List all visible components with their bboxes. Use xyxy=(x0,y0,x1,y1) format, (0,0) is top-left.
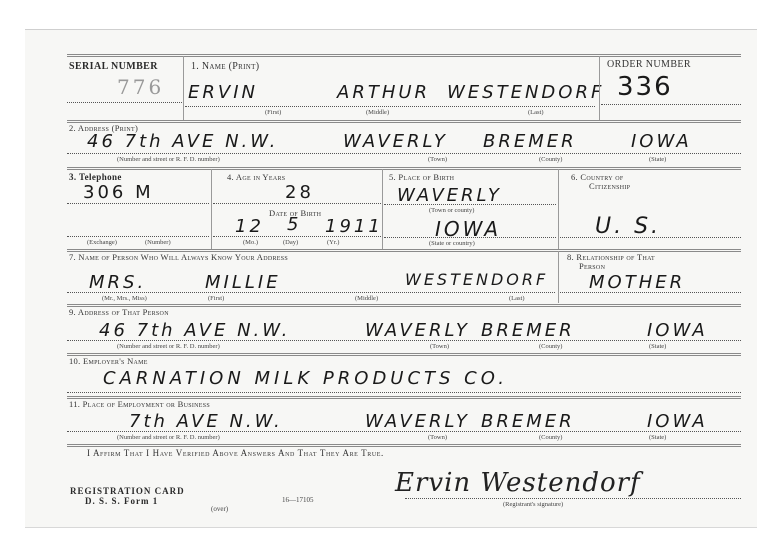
section-rule xyxy=(67,167,741,170)
divider xyxy=(211,169,212,249)
employment-town-value: WAVERLY xyxy=(365,411,470,432)
divider xyxy=(183,56,184,120)
birthplace-state-caption: (State or country) xyxy=(429,240,475,247)
signature-caption: (Registrant's signature) xyxy=(503,501,563,508)
name-label: 1. Name (Print) xyxy=(191,61,259,72)
citizenship-value: U. S. xyxy=(595,214,661,239)
employment-county-value: BREMER xyxy=(481,411,575,432)
registrant-signature: Ervin Westendorf xyxy=(395,468,641,498)
contact-address-label: 9. Address of That Person xyxy=(69,307,169,317)
employment-place-label: 11. Place of Employment or Business xyxy=(69,399,210,409)
employment-line xyxy=(67,431,741,432)
address-county-caption: (County) xyxy=(539,156,562,163)
telephone-line-2 xyxy=(67,236,209,237)
middle-name-value: ARTHUR xyxy=(337,82,430,103)
citizenship-label-line2: Citizenship xyxy=(589,181,630,191)
contact-address-county-caption: (County) xyxy=(539,343,562,350)
order-number-line xyxy=(601,104,741,105)
contact-first-caption: (First) xyxy=(208,295,224,302)
relationship-value: MOTHER xyxy=(589,272,685,293)
address-town-caption: (Town) xyxy=(428,156,447,163)
contact-last-caption: (Last) xyxy=(509,295,525,302)
employment-town-caption: (Town) xyxy=(428,434,447,441)
employment-state-caption: (State) xyxy=(649,434,666,441)
form-title: REGISTRATION CARD xyxy=(70,486,185,496)
affirmation-text: I Affirm That I Have Verified Above Answ… xyxy=(87,448,384,458)
address-street-value: 46 7th AVE N.W. xyxy=(87,131,278,152)
dob-year-caption: (Yr.) xyxy=(327,239,339,246)
name-middle-caption: (Middle) xyxy=(366,109,389,116)
employment-county-caption: (County) xyxy=(539,434,562,441)
contact-address-town-caption: (Town) xyxy=(430,343,449,350)
signature-line xyxy=(405,498,741,499)
print-code: 16—17105 xyxy=(282,496,314,504)
citizenship-line xyxy=(560,237,741,238)
birthplace-town-value: WAVERLY xyxy=(397,185,502,206)
contact-last-value: WESTENDORF xyxy=(405,270,548,289)
dob-month-value: 12 xyxy=(235,216,264,237)
section-rule xyxy=(67,353,741,356)
divider xyxy=(558,251,559,303)
contact-title-caption: (Mr., Mrs., Miss) xyxy=(102,295,147,302)
birthplace-state-line xyxy=(384,237,556,238)
age-line xyxy=(213,203,381,204)
contact-address-street-caption: (Number and street or R. F. D. number) xyxy=(117,343,220,350)
contact-address-line xyxy=(67,340,741,341)
section-rule xyxy=(67,444,741,447)
employment-state-value: IOWA xyxy=(647,411,708,432)
address-line xyxy=(67,153,741,154)
contact-address-state-value: IOWA xyxy=(647,320,708,341)
age-label: 4. Age in Years xyxy=(227,172,285,182)
section-rule xyxy=(67,120,741,123)
contact-label: 7. Name of Person Who Will Always Know Y… xyxy=(69,252,288,262)
telephone-line xyxy=(67,203,209,204)
contact-line xyxy=(67,292,555,293)
birthplace-town-caption: (Town or county) xyxy=(429,207,474,214)
employment-street-caption: (Number and street or R. F. D. number) xyxy=(117,434,220,441)
top-rule xyxy=(67,54,741,57)
registration-card: SERIAL NUMBER 776 1. Name (Print) ERVIN … xyxy=(25,29,757,528)
contact-middle-caption: (Middle) xyxy=(355,295,378,302)
age-value: 28 xyxy=(285,182,314,203)
serial-number-label: SERIAL NUMBER xyxy=(69,61,158,72)
employer-line xyxy=(67,392,741,393)
dob-day-caption: (Day) xyxy=(283,239,298,246)
telephone-label: 3. Telephone xyxy=(69,172,122,182)
divider xyxy=(558,169,559,249)
order-number-label: ORDER NUMBER xyxy=(607,59,691,70)
address-county-value: BREMER xyxy=(483,131,577,152)
name-last-caption: (Last) xyxy=(528,109,544,116)
address-town-value: WAVERLY xyxy=(343,131,448,152)
last-name-value: WESTENDORF xyxy=(447,82,604,103)
first-name-value: ERVIN xyxy=(188,82,258,103)
employer-value: CARNATION MILK PRODUCTS CO. xyxy=(103,368,508,389)
over-note: (over) xyxy=(211,505,228,513)
dob-line xyxy=(213,236,381,237)
contact-address-state-caption: (State) xyxy=(649,343,666,350)
divider xyxy=(599,56,600,120)
telephone-exchange-caption: (Exchange) xyxy=(87,239,117,246)
address-street-caption: (Number and street or R. F. D. number) xyxy=(117,156,220,163)
serial-number-value: 776 xyxy=(117,75,164,99)
birthplace-label: 5. Place of Birth xyxy=(389,172,454,182)
address-state-value: IOWA xyxy=(631,131,692,152)
employer-label: 10. Employer's Name xyxy=(69,356,148,366)
dob-month-caption: (Mo.) xyxy=(243,239,258,246)
address-state-caption: (State) xyxy=(649,156,666,163)
name-line xyxy=(185,106,595,107)
dob-year-value: 1911 xyxy=(325,216,383,237)
contact-title-value: MRS. xyxy=(89,272,146,293)
dob-day-value: 5 xyxy=(287,214,301,235)
telephone-number-caption: (Number) xyxy=(145,239,171,246)
name-first-caption: (First) xyxy=(265,109,281,116)
employment-street-value: 7th AVE N.W. xyxy=(129,411,283,432)
serial-number-line xyxy=(67,102,182,103)
form-id: D. S. S. Form 1 xyxy=(85,496,158,506)
contact-address-town-value: WAVERLY xyxy=(365,320,470,341)
order-number-value: 336 xyxy=(617,72,673,102)
divider xyxy=(382,169,383,249)
contact-first-value: MILLIE xyxy=(205,272,281,293)
relationship-line xyxy=(560,292,741,293)
birthplace-line xyxy=(384,204,556,205)
telephone-value: 306 M xyxy=(83,182,154,203)
relationship-label-line2: Person xyxy=(579,261,605,271)
contact-address-street-value: 46 7th AVE N.W. xyxy=(99,320,290,341)
contact-address-county-value: BREMER xyxy=(481,320,575,341)
